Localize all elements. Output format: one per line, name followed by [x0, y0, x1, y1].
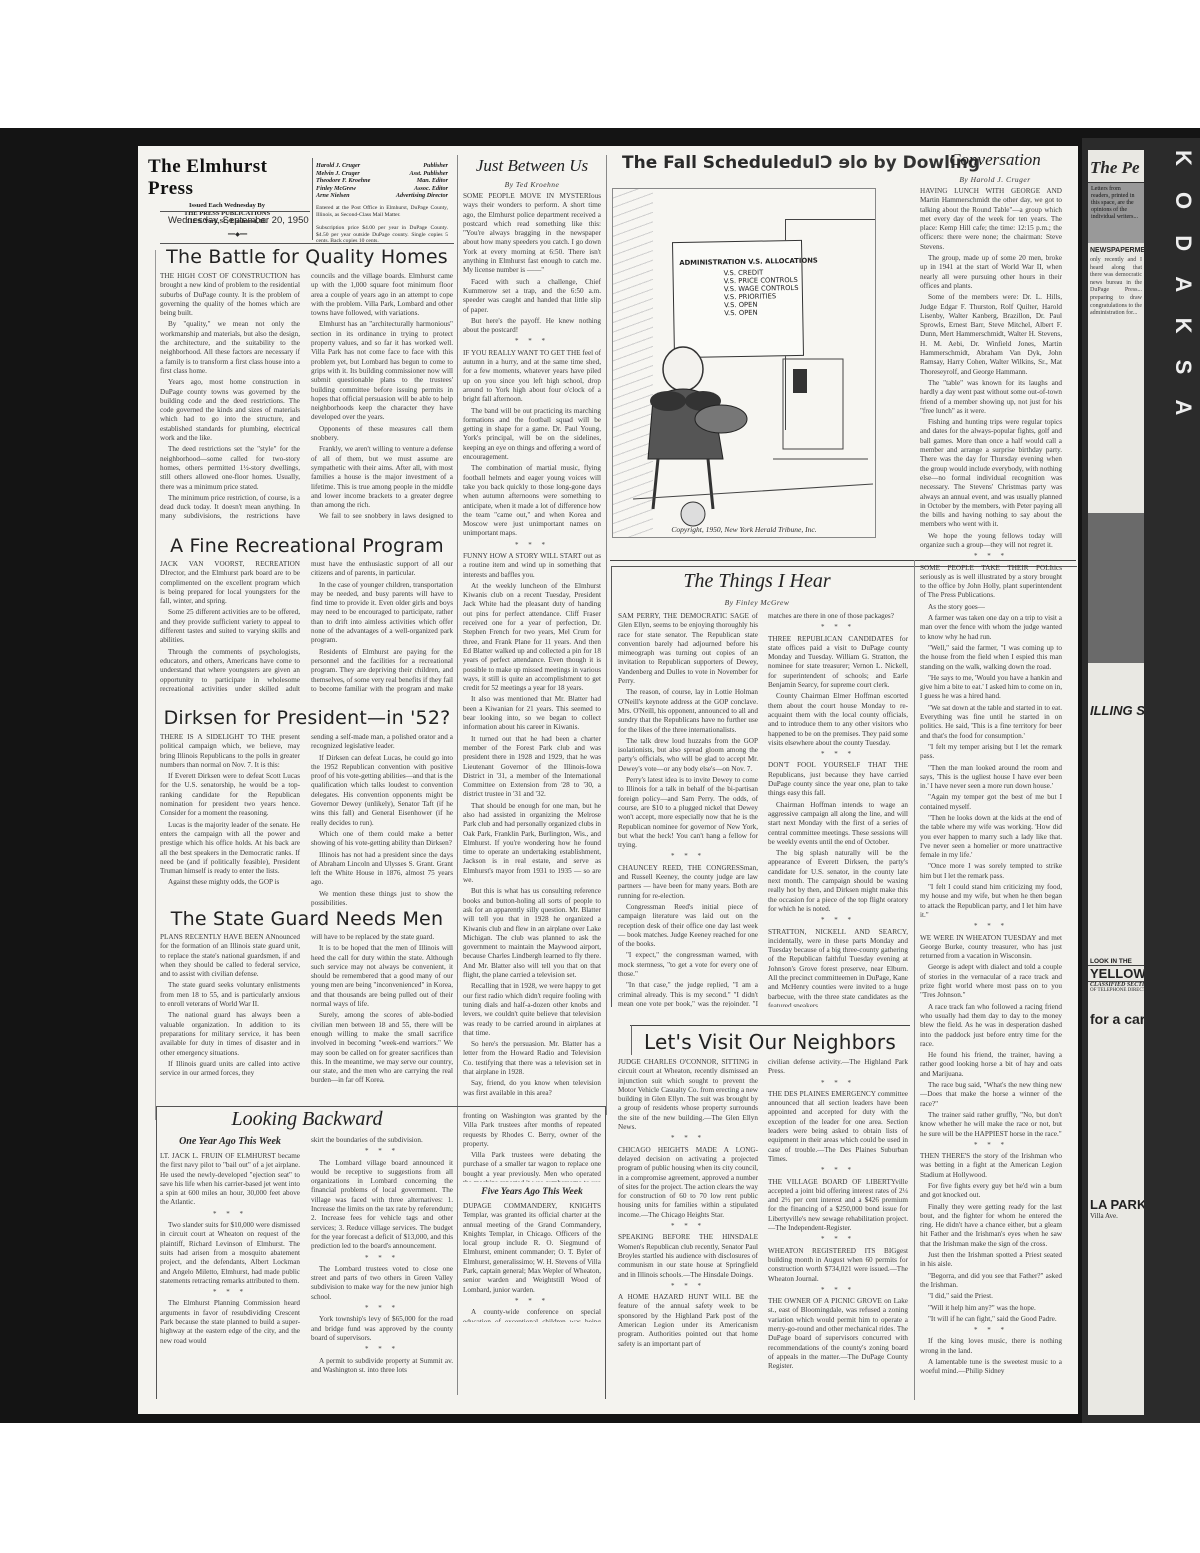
just-between-us-title: Just Between Us: [462, 156, 602, 176]
masthead-title: The Elmhurst Press: [148, 156, 306, 200]
conversation-byline: By Harold J. Cruger: [925, 175, 1065, 184]
conversation-title: Conversation: [925, 150, 1065, 170]
car-ad-illustration: [1088, 1027, 1144, 1197]
things-i-hear-byline: By Finley McGrew: [612, 598, 902, 607]
villa-park-ad-sub: Villa Ave.: [1088, 1212, 1144, 1220]
film-edge-marking: K O D A K S A: [1160, 150, 1196, 450]
villa-park-ad: LA PARK: [1088, 1197, 1144, 1212]
adjacent-intro-text: Letters from readers, printed in this sp…: [1088, 183, 1144, 243]
looking-backward-column: DUPAGE COMMANDERY, KNIGHTS Templar, was …: [463, 1202, 601, 1322]
adjacent-column-text: only recently and I heard along that the…: [1088, 255, 1144, 509]
masthead-issued: Issued Each Wednesday By: [148, 202, 306, 210]
editorial-column: PLANS RECENTLY HAVE BEEN ANnounced for t…: [160, 933, 300, 1098]
umbrella-illustration: [1088, 513, 1144, 663]
editorial-column: JACK VAN VOORST, RECREATION DIrector, an…: [160, 560, 300, 694]
editorial-column: will have to be replaced by the state gu…: [311, 933, 453, 1098]
neighbors-column: civilian defense activity.—The Highland …: [768, 1058, 908, 1398]
ad-killing-stakes: ILLING STAKES: [1088, 703, 1144, 718]
things-i-hear-column: SAM PERRY, THE DEMOCRATIC SAGE of Glen E…: [618, 612, 758, 1007]
mail-entry-note: Entered at the Post Office in Elmhurst, …: [316, 205, 448, 218]
editorial-column: councils and the village boards. Elmhurs…: [311, 272, 453, 522]
yellow-pages-ad-line1: LOOK IN THE: [1088, 958, 1144, 965]
adjacent-subhead: NEWSPAPERMEN IN POLITICS: [1088, 243, 1144, 255]
adjacent-page-strip: The Pe Letters from readers, printed in …: [1088, 150, 1144, 1415]
staff-row: Melvin J. CrugerAsst. Publisher: [316, 170, 448, 178]
staff-row: Theodore F. KroehneMan. Editor: [316, 177, 448, 185]
adjacent-page-header: The Pe: [1088, 150, 1144, 183]
staff-row: Finley McGrewAssoc. Editor: [316, 185, 448, 193]
editorial-column: THE HIGH COST OF CONSTRUCTION has brough…: [160, 272, 300, 522]
just-between-us-column: SOME PEOPLE MOVE IN MYSTERIous ways thei…: [463, 192, 601, 1104]
editorial-headline: The State Guard Needs Men: [160, 908, 454, 930]
ornament-icon: ━━◆━━: [228, 231, 247, 238]
neighbors-title: Let's Visit Our Neighbors: [630, 1030, 910, 1054]
just-between-us-byline: By Ted Kroehne: [462, 180, 602, 189]
looking-backward-column: LT. JACK L. FRUIN OF ELMHURST became the…: [160, 1152, 300, 1392]
looking-backward-column: skirt the boundaries of the subdivision.…: [311, 1136, 453, 1394]
looking-backward-title: Looking Backward: [160, 1108, 454, 1131]
cartoon-football-player-drawing: [633, 339, 873, 529]
cartoon-title: The Fall Schedule: [622, 153, 790, 173]
things-i-hear-title: The Things I Hear: [612, 570, 902, 593]
editorial-headline: The Battle for Quality Homes: [160, 246, 454, 268]
neighbors-column: JUDGE CHARLES O'CONNOR, SITTING in circu…: [618, 1058, 758, 1398]
car-ad-heading: for a car: [1088, 1011, 1144, 1027]
cartoon-credit: Copyright, 1950, New York Herald Tribune…: [613, 525, 875, 534]
subscription-note: Subscription price $4.00 per year in DuP…: [316, 225, 448, 245]
conversation-column: HAVING LUNCH WITH GEORGE AND Martin Hamm…: [920, 187, 1062, 1402]
one-year-ago-heading: One Year Ago This Week: [160, 1136, 300, 1147]
editorial-column: must have the enthusiastic support of al…: [311, 560, 453, 694]
staff-row: Arne NielsenAdvertising Director: [316, 192, 448, 200]
yellow-pages-ad-line4: OF TELEPHONE DIRECTORY: [1088, 988, 1144, 993]
five-years-ago-heading: Five Years Ago This Week: [463, 1187, 601, 1197]
staff-box: Harold J. CrugerPublisher Melvin J. Crug…: [316, 162, 448, 200]
editorial-headline: A Fine Recreational Program: [160, 535, 454, 557]
editorial-headline: Dirksen for President—in '52?: [160, 707, 454, 729]
looking-backward-column: fronting on Washington was granted by th…: [463, 1112, 601, 1182]
masthead-date: Wednesday, September 20, 1950: [168, 215, 309, 226]
editorial-cartoon: ADMINISTRATION V.S. ALLOCATIONS V.S. CRE…: [612, 188, 876, 538]
yellow-pages-ad-title: YELLOW PAGES: [1088, 965, 1144, 982]
editorial-column: sending a self-made man, a polished orat…: [311, 733, 453, 908]
things-i-hear-column: matches are there in one of those packag…: [768, 612, 908, 1007]
editorial-column: THERE IS A SIDELIGHT TO THE present poli…: [160, 733, 300, 908]
staff-row: Harold J. CrugerPublisher: [316, 162, 448, 170]
